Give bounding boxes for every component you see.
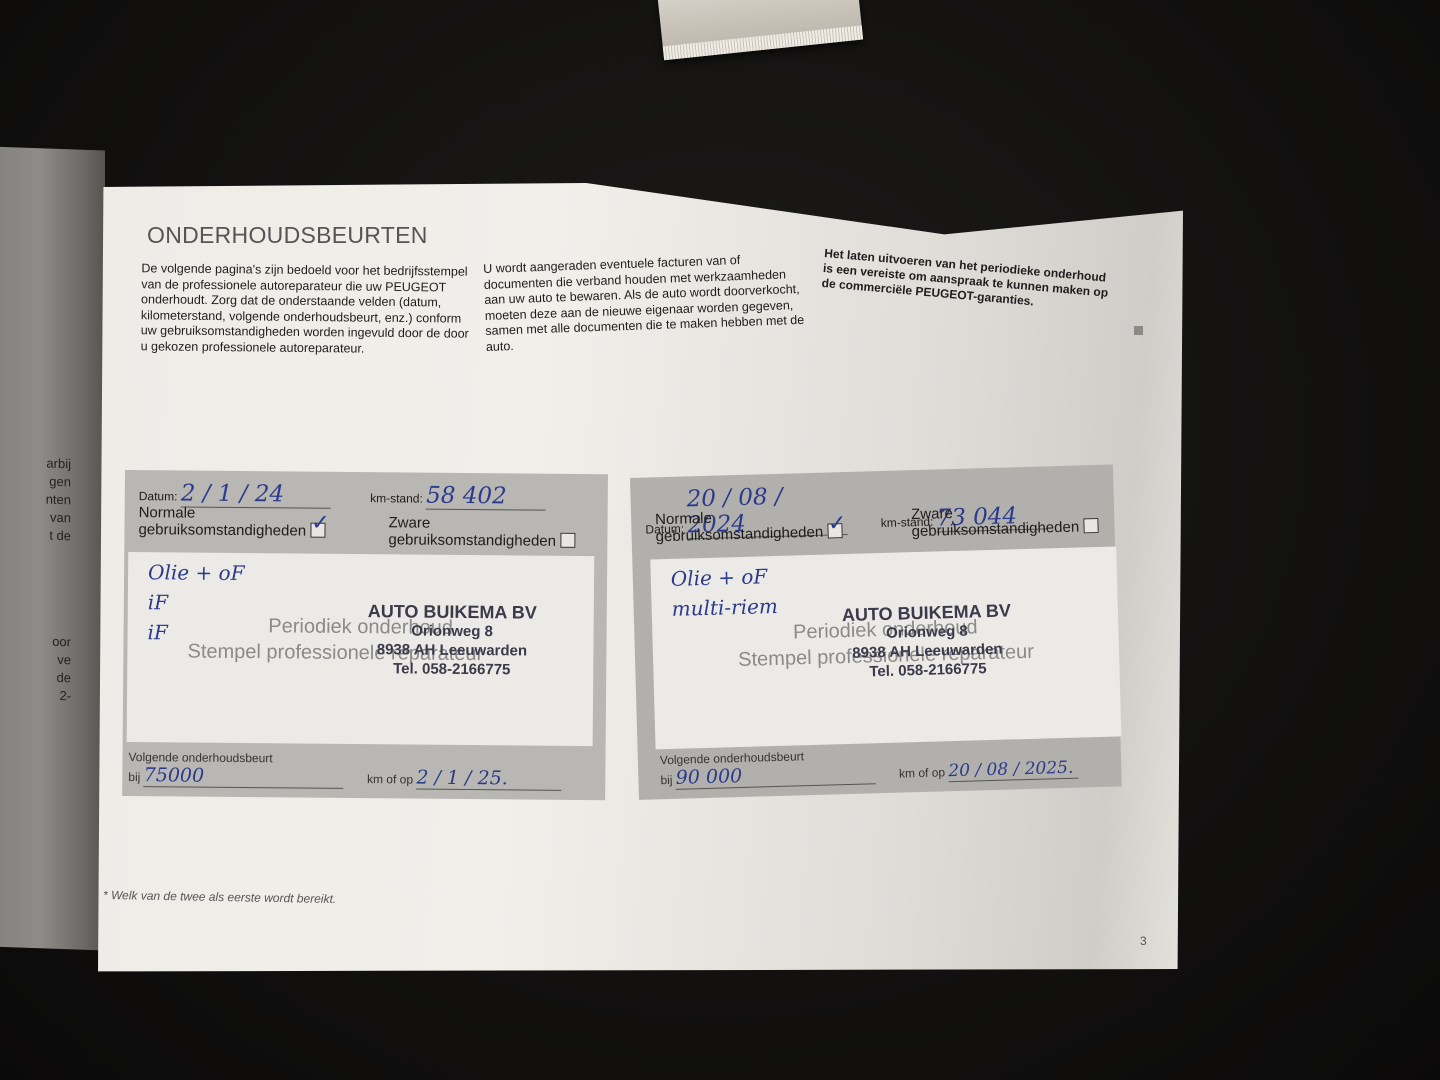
km-value: 58 402	[426, 483, 546, 511]
left-page-fragment: oor	[52, 633, 71, 651]
normal-conditions-checkbox[interactable]	[310, 523, 325, 538]
next-service: Volgende onderhoudsbeurt bij 90 000 km o…	[660, 741, 1112, 794]
heavy-conditions-checkbox[interactable]	[1083, 518, 1098, 533]
next-date-value: 20 / 08 / 2025.	[948, 758, 1079, 783]
garage-stamp: AUTO BUIKEMA BV Orionweg 8 8938 AH Leeuw…	[367, 602, 537, 679]
left-page-fragment: nten	[46, 490, 71, 508]
page-marker	[1134, 326, 1143, 335]
heavy-conditions: Zware gebruiksomstandigheden	[911, 501, 1099, 540]
other-booklet-corner	[657, 0, 863, 60]
left-page-fragment: t de	[49, 527, 71, 545]
intro-text-left: De volgende pagina's zijn bedoeld voor h…	[141, 261, 472, 357]
next-km-value: 90 000	[675, 761, 876, 790]
normal-conditions: Normale gebruiksomstandigheden	[655, 506, 843, 545]
intro-text-middle: U wordt aangeraden eventuele facturen va…	[483, 251, 806, 355]
stamp-area: Olie + oF iF iF Periodiek onderhoud Stem…	[127, 552, 595, 746]
next-km-value: 75000	[144, 764, 344, 789]
normal-conditions: Normale gebruiksomstandigheden	[138, 504, 325, 540]
handwritten-notes: Olie + oF multi-riem	[670, 561, 778, 624]
next-date-value: 2 / 1 / 25.	[416, 767, 561, 791]
garage-stamp: AUTO BUIKEMA BV Orionweg 8 8938 AH Leeuw…	[842, 601, 1013, 682]
left-page-fragment: ve	[57, 651, 71, 668]
previous-page: arbij gen nten van t de oor ve de 2-	[0, 145, 105, 950]
left-page-fragment: arbij	[46, 454, 71, 472]
next-service: Volgende onderhoudsbeurt bij 75000 km of…	[128, 750, 595, 794]
normal-conditions-checkbox[interactable]	[827, 523, 842, 538]
page-number: 3	[1140, 934, 1147, 948]
heavy-conditions: Zware gebruiksomstandigheden	[388, 514, 575, 550]
km-label: km-stand:	[370, 491, 423, 505]
maintenance-entry-2: Datum: 20 / 08 / 2024 km-stand: 73 044 N…	[630, 465, 1122, 800]
left-page-fragment: van	[50, 509, 71, 527]
left-page-fragment: gen	[49, 473, 71, 491]
left-page-fragment: de	[57, 669, 71, 687]
heavy-conditions-checkbox[interactable]	[560, 533, 575, 548]
entry-header: Datum: 2 / 1 / 24 km-stand: 58 402	[139, 480, 598, 504]
stamp-area: Olie + oF multi-riem Periodiek onderhoud…	[650, 546, 1121, 749]
date-label: Datum:	[139, 489, 178, 503]
maintenance-entry-1: Datum: 2 / 1 / 24 km-stand: 58 402 Norma…	[122, 470, 608, 800]
page-title: ONDERHOUDSBEURTEN	[147, 222, 428, 249]
left-page-fragment: 2-	[59, 687, 71, 704]
